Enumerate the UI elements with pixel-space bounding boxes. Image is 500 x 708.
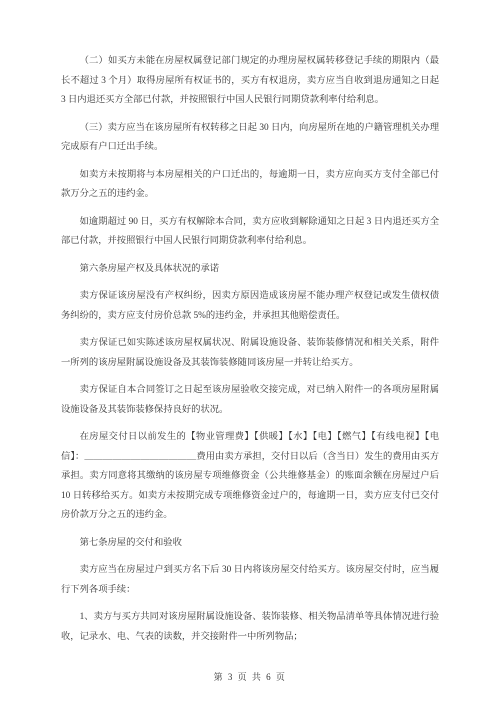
overdue-90-days-termination-paragraph: 如逾期超过 90 日，买方有权解除本合同，卖方应收到解除通知之日起 3 日内退还…	[61, 213, 439, 252]
page-number-indicator: 第 3 页 共 6 页	[0, 670, 500, 683]
ownership-dispute-guarantee-paragraph: 卖方保证该房屋没有产权纠纷，因卖方原因造成该房屋不能办理产权登记或发生债权债务纠…	[61, 287, 439, 326]
article-6-heading: 第六条房屋产权及具体状况的承诺	[61, 260, 439, 280]
contract-document-page: （二）如买方未能在房屋权属登记部门规定的办理房屋权属转移登记手续的期限内（最长不…	[0, 0, 500, 708]
clause-3-hukou-transfer-paragraph: （三）卖方应当在该房屋所有权转移之日起 30 日内，向房屋所在地的户籍管理机关办…	[61, 119, 439, 158]
document-body: （二）如买方未能在房屋权属登记部门规定的办理房屋权属转移登记手续的期限内（最长不…	[61, 52, 439, 655]
hukou-overdue-penalty-paragraph: 如卖方未按期将与本房屋相关的户口迁出的，每逾期一日，卖方应向买方支付全部已付款万…	[61, 166, 439, 205]
fees-and-maintenance-fund-paragraph: 在房屋交付日以前发生的【物业管理费】【供暖】【水】【电】【燃气】【有线电视】【电…	[61, 428, 439, 526]
delivery-deadline-paragraph: 卖方应当在房屋过户到买方名下后 30 日内将该房屋交付给买方。该房屋交付时，应当…	[61, 561, 439, 600]
acceptance-item-1-paragraph: 1、卖方与买方共同对该房屋附属设施设备、装饰装修、相关物品清单等具体情况进行验收…	[61, 608, 439, 647]
disclosure-guarantee-paragraph: 卖方保证已如实陈述该房屋权属状况、附属设施设备、装饰装修情况和相关关系，附件一所…	[61, 334, 439, 373]
condition-maintenance-guarantee-paragraph: 卖方保证自本合同签订之日起至该房屋验收交接完成，对已纳入附件一的各项房屋附属设施…	[61, 381, 439, 420]
article-7-heading: 第七条房屋的交付和验收	[61, 534, 439, 554]
clause-2-refund-paragraph: （二）如买方未能在房屋权属登记部门规定的办理房屋权属转移登记手续的期限内（最长不…	[61, 52, 439, 111]
